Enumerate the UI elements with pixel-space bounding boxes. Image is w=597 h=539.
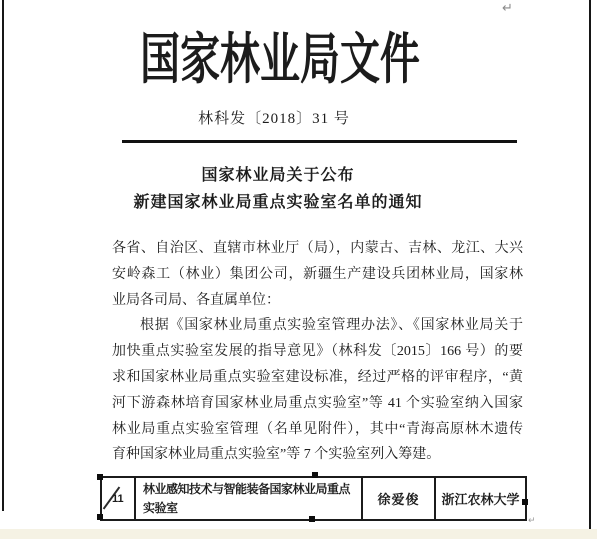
row-number: 11 bbox=[112, 493, 124, 505]
body-line: 各省、自治区、直辖市林业厅（局），内蒙古、吉林、龙江、大兴 bbox=[112, 236, 523, 262]
document-number: 林科发〔2018〕31 号 bbox=[0, 107, 548, 128]
selection-handle-bottom[interactable] bbox=[309, 516, 315, 522]
table-cell-number: 11 bbox=[102, 478, 136, 519]
table-cell-lab-name: 林业感知技术与智能装备国家林业局重点实验室 bbox=[136, 478, 363, 519]
selection-handle-left-bottom[interactable] bbox=[97, 514, 103, 520]
notice-title-line-2: 新建国家林业局重点实验室名单的通知 bbox=[0, 189, 556, 212]
small-return-icon: ↵ bbox=[528, 515, 536, 526]
body-line: 育种国家林业局重点实验室”等 7 个实验室列入筹建。 bbox=[112, 442, 523, 468]
attachment-table-row: 11 林业感知技术与智能装备国家林业局重点实验室 徐爱俊 浙江农林大学 bbox=[100, 476, 527, 521]
body-line: 业局各司局、各直属单位： bbox=[112, 288, 523, 314]
table-cell-director: 徐爱俊 bbox=[363, 478, 436, 519]
notice-body: 各省、自治区、直辖市林业厅（局），内蒙古、吉林、龙江、大兴 安岭森工（林业）集团… bbox=[112, 236, 523, 468]
body-line: 林业局重点实验室管理（名单见附件），其中“青海高原林木遗传 bbox=[112, 417, 523, 443]
body-line: 求和国家林业局重点实验室建设标准，经过严格的评审程序，“黄 bbox=[112, 365, 523, 391]
table-cell-institution: 浙江农林大学 bbox=[436, 478, 525, 519]
body-line: 河下游森林培育国家林业局重点实验室”等 41 个实验室纳入国家 bbox=[112, 391, 523, 417]
notice-title-line-1: 国家林业局关于公布 bbox=[0, 162, 556, 185]
scanned-document-page: ↵ 国家林业局文件 林科发〔2018〕31 号 国家林业局关于公布 新建国家林业… bbox=[0, 0, 597, 539]
paragraph-return-icon: ↵ bbox=[502, 0, 513, 16]
selection-handle-left-top[interactable] bbox=[97, 474, 103, 480]
document-header-title: 国家林业局文件 bbox=[73, 16, 487, 95]
body-line: 根据《国家林业局重点实验室管理办法》、《国家林业局关于 bbox=[112, 313, 523, 339]
selection-handle-right[interactable] bbox=[522, 499, 528, 505]
header-rule bbox=[122, 140, 517, 143]
body-line: 安岭森工（林业）集团公司，新疆生产建设兵团林业局，国家林 bbox=[112, 262, 523, 288]
body-line: 加快重点实验室发展的指导意见》（林科发〔2015〕166 号）的要 bbox=[112, 339, 523, 365]
scan-bottom-strip bbox=[0, 529, 597, 539]
selection-handle-top[interactable] bbox=[312, 472, 318, 478]
page-left-edge-line bbox=[2, 0, 4, 511]
page-right-edge-line bbox=[589, 0, 591, 529]
